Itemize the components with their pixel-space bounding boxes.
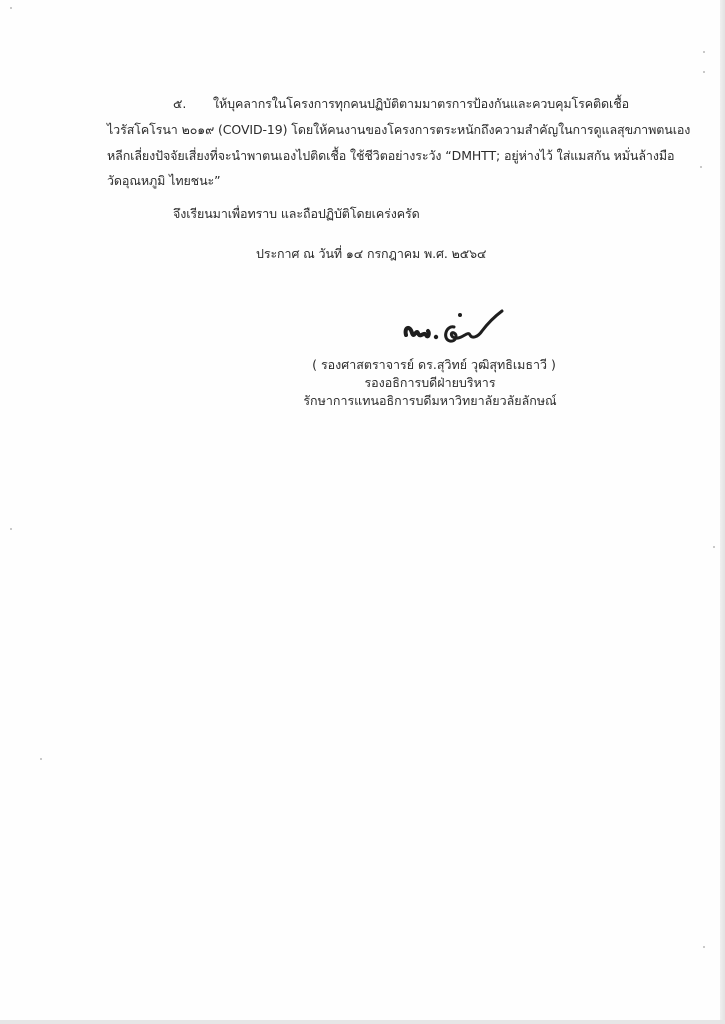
scan-speck (713, 546, 715, 548)
scanned-document-page: ๕. ให้บุคลากรในโครงการทุกคนปฏิบัติตามมาต… (0, 0, 725, 1024)
scan-speck (40, 758, 42, 760)
announcement-date: ประกาศ ณ วันที่ ๑๔ กรกฎาคม พ.ศ. ๒๕๖๔ (256, 246, 486, 262)
scan-speck (700, 166, 702, 168)
paragraph-5-line-1: ๕. ให้บุคลากรในโครงการทุกคนปฏิบัติตามมาต… (173, 96, 629, 112)
paragraph-5-line-4: วัดอุณหภูมิ ไทยชนะ” (107, 173, 629, 189)
scan-speck (703, 946, 705, 948)
signatory-name: ( รองศาสตราจารย์ ดร.สุวิทย์ วุฒิสุทธิเมธ… (298, 356, 570, 374)
paragraph-5-line-2: ไวรัสโคโรนา ๒๐๑๙ (COVID-19) โดยให้คนงานข… (107, 122, 629, 138)
signatory-position: รองอธิการบดีฝ่ายบริหาร (290, 374, 570, 392)
scan-edge-right (720, 0, 725, 1024)
scan-speck (703, 71, 705, 73)
signatory-acting-role: รักษาการแทนอธิการบดีมหาวิทยาลัยวลัยลักษณ… (290, 392, 570, 410)
signature-block: ( รองศาสตราจารย์ ดร.สุวิทย์ วุฒิสุทธิเมธ… (290, 356, 570, 410)
paragraph-5-line-3: หลีกเลี่ยงปัจจัยเสี่ยงที่จะนำพาตนเองไปติ… (107, 148, 629, 164)
scan-edge-bottom (0, 1020, 725, 1024)
scan-speck (10, 528, 12, 530)
handwritten-signature (398, 305, 518, 350)
closing-statement: จึงเรียนมาเพื่อทราบ และถือปฏิบัติโดยเคร่… (173, 206, 420, 222)
scan-speck (703, 51, 705, 53)
scan-speck (10, 7, 12, 9)
